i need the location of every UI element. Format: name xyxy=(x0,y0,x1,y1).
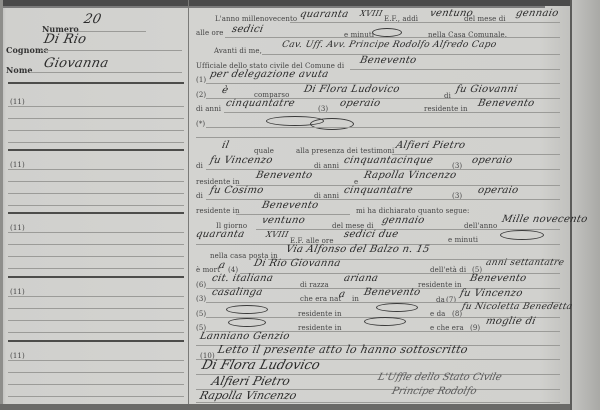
padre-defunto: fu Vincenzo xyxy=(459,288,524,299)
delegazione-value: per delegazione avuta xyxy=(209,69,330,80)
teste1-name: Alfieri Pietro xyxy=(395,140,467,151)
annotation-rule xyxy=(8,181,184,182)
ref-5b: (5) xyxy=(196,310,206,318)
ref-2: (2) xyxy=(196,91,206,99)
teste2-name: Rapolla Vincenzo xyxy=(363,170,458,181)
annotation-rule xyxy=(8,244,184,245)
ref-3b: (3) xyxy=(196,295,206,303)
annotation-ref-3: (11) xyxy=(10,224,25,232)
comune-value: Benevento xyxy=(359,55,418,66)
cognome-value: Di Rio xyxy=(42,32,87,47)
teste1-prof: operaio xyxy=(471,155,514,166)
cancel-loop xyxy=(376,303,418,312)
signature-witness-2: Rapolla Vincenzo xyxy=(198,389,298,402)
era-value: XVIII xyxy=(359,9,383,18)
avanti-label: Avanti di me, xyxy=(214,47,262,55)
line8-rule xyxy=(206,127,560,128)
mese-value: gennaio xyxy=(515,8,560,19)
anni-value: cinquantatre xyxy=(225,98,296,109)
page-left-edge xyxy=(0,0,3,410)
anno-decesso-2: quaranta xyxy=(195,229,246,240)
ref-1: (1) xyxy=(196,76,206,84)
presenza-label: alla presenza dei testimoni xyxy=(296,147,394,155)
annotation-ref-5: (11) xyxy=(10,352,25,360)
annotation-rule xyxy=(8,320,184,321)
annotation-ref-4: (11) xyxy=(10,288,25,296)
annotation-rule xyxy=(8,256,184,257)
annotation-divider xyxy=(8,212,184,214)
signature-witness-1: Alfieri Pietro xyxy=(210,374,291,388)
casa-posta-value: Via Alfonso del Balzo n. 15 xyxy=(285,244,431,255)
line8b-rule xyxy=(196,137,560,138)
defunto-value: Di Rio Giovanna xyxy=(253,258,342,269)
teste2-padre: fu Cosimo xyxy=(209,185,265,196)
annotation-rule xyxy=(8,118,184,119)
annotation-ref-2: (11) xyxy=(10,161,25,169)
annotation-rule xyxy=(8,268,184,269)
annotation-rule xyxy=(8,332,184,333)
residente-defunto: Benevento xyxy=(469,273,528,284)
teste2-res: Benevento xyxy=(261,200,320,211)
annotation-rule xyxy=(8,142,184,143)
comparso-value: Di Flora Ludovico xyxy=(303,84,401,95)
teste2-rule xyxy=(206,199,560,200)
annotation-rule xyxy=(8,396,184,397)
annotation-rule xyxy=(8,296,184,297)
annotation-rule xyxy=(8,372,184,373)
annotation-rule xyxy=(8,106,184,107)
teste2-di-label: di xyxy=(196,192,203,200)
quale-label: quale xyxy=(254,147,274,155)
annotation-rule xyxy=(8,360,184,361)
cittadinanza-value: cit. italiana xyxy=(211,273,274,284)
minuti-decesso-label: e minuti xyxy=(448,236,478,244)
professione-defunto: casalinga xyxy=(211,287,264,298)
teste1-anni: cinquantacinque xyxy=(343,155,434,166)
signature-declarant: Di Flora Ludovico xyxy=(200,358,321,373)
cognome-rule xyxy=(40,50,182,51)
ufficiale-name: Cav. Uff. Avv. Principe Rodolfo Alfredo … xyxy=(281,40,498,50)
line7-rule xyxy=(224,112,560,113)
signature-officer: Principe Rodolfo xyxy=(391,386,478,397)
annotation-rule xyxy=(8,205,184,206)
professione-value: operaio xyxy=(339,98,382,109)
teste1-di-label: di xyxy=(196,162,203,170)
page-binding-shadow xyxy=(572,0,600,410)
residente-value: Benevento xyxy=(477,98,536,109)
ref-6: (6) xyxy=(196,281,206,289)
annotation-ref-1: (11) xyxy=(10,98,25,106)
cancel-loop xyxy=(372,28,402,37)
chiusura-text: Letto il presente atto lo hanno sottoscr… xyxy=(217,343,470,356)
padre-comparso: fu Giovanni xyxy=(455,84,519,95)
il-value: il xyxy=(221,140,230,151)
madre-defunto: fu Nicoletta Benedetta xyxy=(461,302,573,312)
anno-decesso: Mille novecento xyxy=(501,214,589,225)
nata-suffix: a xyxy=(338,289,347,300)
register-page: Numero 20 Cognome Di Rio Nome Giovanna (… xyxy=(0,0,600,410)
teste1-res: Benevento xyxy=(255,170,314,181)
sig-rule-3 xyxy=(196,402,560,403)
teste1-padre: fu Vincenzo xyxy=(209,155,274,166)
nome-label: Nome xyxy=(6,65,33,75)
ref-star: (*) xyxy=(196,120,205,128)
page-bottom-border xyxy=(0,404,570,410)
line1-rule xyxy=(290,22,560,23)
annotation-rule xyxy=(8,384,184,385)
ore-value: sedici xyxy=(231,24,265,35)
teste2-prof: operaio xyxy=(477,185,520,196)
giorno-decesso: ventuno xyxy=(261,215,306,226)
header-divider xyxy=(8,82,184,84)
coniuge-name: Lanniano Genzio xyxy=(199,331,291,342)
teste2-res-label: residente in xyxy=(196,207,240,215)
line2-rule xyxy=(225,37,560,38)
signature-officer-title: L'Uffle dello Stato Civile xyxy=(377,372,503,383)
nome-value: Giovanna xyxy=(42,56,110,71)
annotation-divider xyxy=(8,276,184,278)
annotation-rule xyxy=(8,232,184,233)
dichiarato-label: mi ha dichiarato quanto segue: xyxy=(356,207,470,215)
annotation-divider xyxy=(8,149,184,151)
anno-value: quaranta xyxy=(299,9,350,20)
era-decesso: XVIII xyxy=(265,230,289,239)
nata-in-value: Benevento xyxy=(363,287,422,298)
e-value: è xyxy=(221,85,230,96)
ore-label: alle ore xyxy=(196,29,224,37)
anno-label: L'anno millenovecento xyxy=(215,15,297,23)
mese-decesso: gennaio xyxy=(381,215,426,226)
cancel-loop xyxy=(228,318,266,327)
numero-value: 20 xyxy=(82,12,102,27)
column-divider xyxy=(188,0,189,410)
annotation-rule xyxy=(8,169,184,170)
annotation-rule xyxy=(8,130,184,131)
annotation-rule xyxy=(8,193,184,194)
numero-rule xyxy=(78,31,146,32)
annotation-divider xyxy=(8,340,184,342)
cancel-loop xyxy=(226,305,268,314)
coniuge-value: moglie di xyxy=(485,316,537,327)
line4-rule xyxy=(350,69,560,70)
ore-decesso: sedici due xyxy=(343,229,400,240)
razza-value: ariana xyxy=(343,273,379,284)
annotation-rule xyxy=(8,308,184,309)
cancel-loop xyxy=(500,230,544,240)
nome-rule xyxy=(30,72,182,73)
anni-label: di anni xyxy=(196,105,221,113)
morta-suffix: a xyxy=(218,260,227,271)
eta-value: anni settantatre xyxy=(485,258,565,268)
teste2-anni: cinquantatre xyxy=(343,185,414,196)
cancel-loop xyxy=(364,317,406,326)
cancel-loop xyxy=(310,118,354,130)
